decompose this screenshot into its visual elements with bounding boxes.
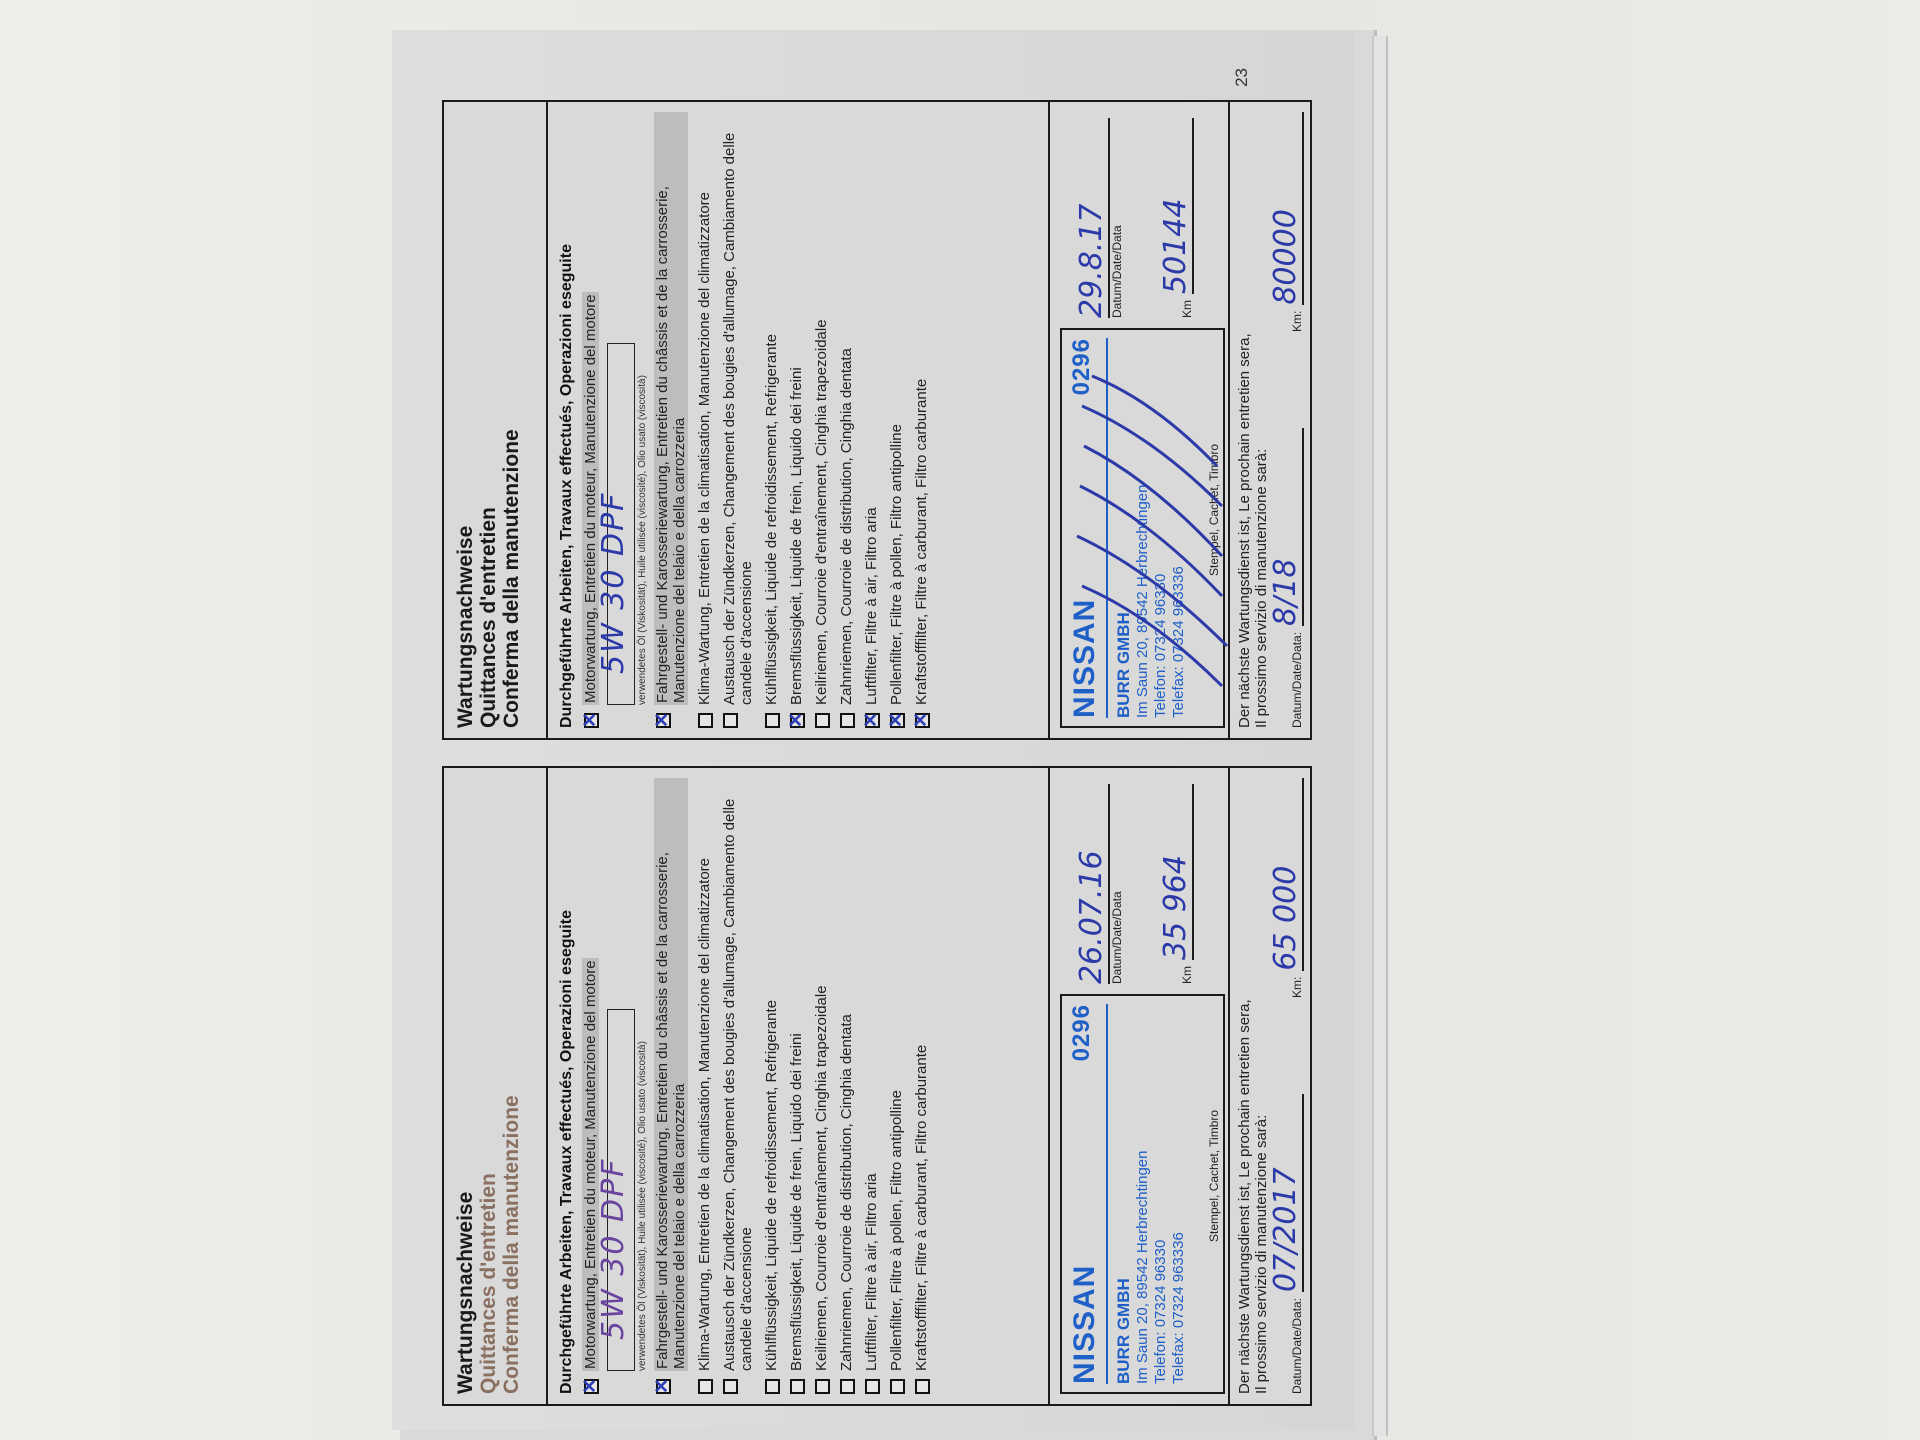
stamp-section: NISSAN0296 BURR GMBH Im Saun 20, 89542 H…	[1048, 768, 1230, 1404]
checkbox-unchecked[interactable]	[698, 713, 713, 728]
operation-label: Luftfilter, Filtre à air, Filtro aria	[863, 507, 880, 705]
checkbox-unchecked[interactable]	[865, 1379, 880, 1394]
next-service-text-2: Il prossimo servizio di manutenzione sar…	[1253, 112, 1270, 728]
card-header: Wartungsnachweise Quittances d'entretien…	[444, 768, 548, 1404]
operation-item: Fahrgestell- und Karosseriewartung, Entr…	[654, 112, 688, 728]
operation-label: Luftfilter, Filtre à air, Filtro aria	[863, 1173, 880, 1371]
operation-item: Klima-Wartung, Entretien de la climatisa…	[696, 778, 713, 1394]
stamp-dealer-no: 0296	[1068, 338, 1102, 395]
operation-item: Keilriemen, Courroie d'entraînement, Cin…	[813, 112, 830, 728]
oil-label: verwendetes Öl (Viskosität), Huile utili…	[637, 778, 648, 1371]
checkbox-unchecked[interactable]	[840, 1379, 855, 1394]
card-header: Wartungsnachweise Quittances d'entretien…	[444, 102, 548, 738]
operation-item: Kühlflüssigkeit, Liquide de refroidissem…	[763, 778, 780, 1394]
operation-label: Kühlflüssigkeit, Liquide de refroidissem…	[763, 334, 780, 705]
stamp-address: Im Saun 20, 89542 Herbrechtingen	[1134, 338, 1152, 718]
service-record-card: Wartungsnachweise Quittances d'entretien…	[442, 766, 1312, 1406]
operation-label: Pollenfilter, Filtre à pollen, Filtro an…	[888, 1090, 905, 1371]
checkbox-checked[interactable]	[656, 713, 671, 728]
stamp-brand: NISSAN	[1068, 1265, 1102, 1384]
title-de: Wartungsnachweise	[454, 112, 477, 728]
checkbox-checked[interactable]	[915, 713, 930, 728]
oil-field: 5W 30 DPFverwendetes Öl (Viskosität), Hu…	[607, 112, 648, 705]
checkbox-unchecked[interactable]	[723, 1379, 738, 1394]
operation-item: Luftfilter, Filtre à air, Filtro aria	[863, 778, 880, 1394]
dealer-stamp: NISSAN0296 BURR GMBH Im Saun 20, 89542 H…	[1060, 328, 1225, 728]
operation-item: Kühlflüssigkeit, Liquide de refroidissem…	[763, 112, 780, 728]
next-service-section: Der nächste Wartungsdienst ist, Le proch…	[1228, 102, 1310, 738]
title-fr: Quittances d'entretien	[477, 778, 500, 1394]
next-km-label: Km:	[1290, 311, 1304, 332]
operation-label: Austausch der Zündkerzen, Changement des…	[721, 778, 755, 1371]
next-service-text-1: Der nächste Wartungsdienst ist, Le proch…	[1236, 112, 1253, 728]
service-date-value: 29.8.17	[1076, 118, 1110, 318]
stamp-phone: Telefon: 07324 96330	[1152, 1004, 1170, 1384]
checkbox-unchecked[interactable]	[765, 713, 780, 728]
stamp-section: NISSAN0296 BURR GMBH Im Saun 20, 89542 H…	[1048, 102, 1230, 738]
operation-item: Kraftstofffilter, Filtre à carburant, Fi…	[913, 112, 930, 728]
service-record-card: Wartungsnachweise Quittances d'entretien…	[442, 100, 1312, 740]
stamp-dealer-no: 0296	[1068, 1004, 1102, 1061]
operation-label: Kraftstofffilter, Filtre à carburant, Fi…	[913, 379, 930, 705]
stamp-address: Im Saun 20, 89542 Herbrechtingen	[1134, 1004, 1152, 1384]
service-date-field: 29.8.17 Datum/Date/Data	[1076, 118, 1124, 318]
operations-section: Durchgeführte Arbeiten, Travaux effectué…	[548, 102, 930, 738]
stamp-caption: Stempel, Cachet, Timbro	[1207, 1110, 1221, 1242]
stamp-company: BURR GMBH	[1114, 338, 1134, 718]
operation-item: Luftfilter, Filtre à air, Filtro aria	[863, 112, 880, 728]
title-de: Wartungsnachweise	[454, 778, 477, 1394]
next-date-value: 8/18	[1270, 428, 1304, 626]
operation-item: Zahnriemen, Courroie de distribution, Ci…	[838, 778, 855, 1394]
title-it: Conferma della manutenzione	[500, 778, 523, 1394]
operation-item: Bremsflüssigkeit, Liquide de frein, Liqu…	[788, 112, 805, 728]
stamp-fax: Telefax: 07324 963336	[1170, 1004, 1188, 1384]
checkbox-checked[interactable]	[656, 1379, 671, 1394]
checkbox-unchecked[interactable]	[815, 713, 830, 728]
service-date-value: 26.07.16	[1076, 784, 1110, 984]
next-km-value: 65 000	[1270, 778, 1304, 971]
operation-label: Bremsflüssigkeit, Liquide de frein, Liqu…	[788, 1033, 805, 1371]
checkbox-checked[interactable]	[890, 713, 905, 728]
operation-label: Klima-Wartung, Entretien de la climatisa…	[696, 858, 713, 1371]
oil-field: 5W 30 DPFverwendetes Öl (Viskosität), Hu…	[607, 778, 648, 1371]
stamp-company: BURR GMBH	[1114, 1004, 1134, 1384]
operation-label: Austausch der Zündkerzen, Changement des…	[721, 112, 755, 705]
checkbox-checked[interactable]	[584, 1379, 599, 1394]
oil-value: 5W 30 DPF	[596, 1158, 631, 1340]
next-km-value: 80000	[1270, 112, 1304, 305]
operation-label: Fahrgestell- und Karosseriewartung, Entr…	[654, 778, 688, 1371]
next-date-label: Datum/Date/Data:	[1290, 1298, 1304, 1394]
service-date-field: 26.07.16 Datum/Date/Data	[1076, 784, 1124, 984]
stamp-phone: Telefon: 07324 96330	[1152, 338, 1170, 718]
operation-label: Keilriemen, Courroie d'entraînement, Cin…	[813, 319, 830, 705]
title-fr: Quittances d'entretien	[477, 112, 500, 728]
checkbox-unchecked[interactable]	[890, 1379, 905, 1394]
checkbox-unchecked[interactable]	[723, 713, 738, 728]
oil-label: verwendetes Öl (Viskosität), Huile utili…	[637, 112, 648, 705]
next-service-section: Der nächste Wartungsdienst ist, Le proch…	[1228, 768, 1310, 1404]
operation-label: Fahrgestell- und Karosseriewartung, Entr…	[654, 112, 688, 705]
operations-list: Motorwartung, Entretien du moteur, Manut…	[582, 778, 930, 1394]
operation-label: Klima-Wartung, Entretien de la climatisa…	[696, 192, 713, 705]
service-date-label: Datum/Date/Data	[1110, 118, 1124, 318]
operations-section: Durchgeführte Arbeiten, Travaux effectué…	[548, 768, 930, 1404]
next-date-field: Datum/Date/Data: 8/18	[1270, 428, 1304, 728]
service-date-label: Datum/Date/Data	[1110, 784, 1124, 984]
stamp-brand: NISSAN	[1068, 599, 1102, 718]
service-km-label: Km	[1180, 300, 1194, 318]
operation-label: Pollenfilter, Filtre à pollen, Filtro an…	[888, 424, 905, 705]
operation-item: Pollenfilter, Filtre à pollen, Filtro an…	[888, 112, 905, 728]
operation-label: Kraftstofffilter, Filtre à carburant, Fi…	[913, 1045, 930, 1371]
service-km-value: 50144	[1160, 118, 1194, 294]
operation-item: Keilriemen, Courroie d'entraînement, Cin…	[813, 778, 830, 1394]
checkbox-unchecked[interactable]	[815, 1379, 830, 1394]
next-date-value: 07/2017	[1270, 1094, 1304, 1292]
title-it: Conferma della manutenzione	[500, 112, 523, 728]
operation-item: Kraftstofffilter, Filtre à carburant, Fi…	[913, 778, 930, 1394]
stamp-caption: Stempel, Cachet, Timbro	[1207, 444, 1221, 576]
checkbox-checked[interactable]	[584, 713, 599, 728]
operations-title: Durchgeführte Arbeiten, Travaux effectué…	[558, 778, 576, 1394]
operation-item: Fahrgestell- und Karosseriewartung, Entr…	[654, 778, 688, 1394]
operation-item: Zahnriemen, Courroie de distribution, Ci…	[838, 112, 855, 728]
service-km-field: Km 35 964	[1160, 784, 1194, 984]
next-service-text-1: Der nächste Wartungsdienst ist, Le proch…	[1236, 778, 1253, 1394]
operation-label: Kühlflüssigkeit, Liquide de refroidissem…	[763, 1000, 780, 1371]
checkbox-unchecked[interactable]	[840, 713, 855, 728]
service-km-field: Km 50144	[1160, 118, 1194, 318]
checkbox-unchecked[interactable]	[915, 1379, 930, 1394]
operations-list: Motorwartung, Entretien du moteur, Manut…	[582, 112, 930, 728]
operation-item: Pollenfilter, Filtre à pollen, Filtro an…	[888, 778, 905, 1394]
next-km-label: Km:	[1290, 977, 1304, 998]
checkbox-checked[interactable]	[865, 713, 880, 728]
next-km-field: Km: 80000	[1270, 112, 1304, 332]
service-km-value: 35 964	[1160, 784, 1194, 960]
checkbox-unchecked[interactable]	[765, 1379, 780, 1394]
operation-label: Zahnriemen, Courroie de distribution, Ci…	[838, 1014, 855, 1371]
page-number: 23	[1232, 68, 1252, 87]
checkbox-checked[interactable]	[790, 713, 805, 728]
operation-label: Keilriemen, Courroie d'entraînement, Cin…	[813, 985, 830, 1371]
oil-value: 5W 30 DPF	[596, 492, 631, 674]
dealer-stamp: NISSAN0296 BURR GMBH Im Saun 20, 89542 H…	[1060, 994, 1225, 1394]
operation-item: Klima-Wartung, Entretien de la climatisa…	[696, 112, 713, 728]
next-km-field: Km: 65 000	[1270, 778, 1304, 998]
operation-item: Bremsflüssigkeit, Liquide de frein, Liqu…	[788, 778, 805, 1394]
operation-label: Bremsflüssigkeit, Liquide de frein, Liqu…	[788, 367, 805, 705]
next-date-field: Datum/Date/Data: 07/2017	[1270, 1094, 1304, 1394]
operations-title: Durchgeführte Arbeiten, Travaux effectué…	[558, 112, 576, 728]
stamp-fax: Telefax: 07324 963336	[1170, 338, 1188, 718]
checkbox-unchecked[interactable]	[790, 1379, 805, 1394]
service-km-label: Km	[1180, 966, 1194, 984]
operation-item: Austausch der Zündkerzen, Changement des…	[721, 778, 755, 1394]
next-date-label: Datum/Date/Data:	[1290, 632, 1304, 728]
checkbox-unchecked[interactable]	[698, 1379, 713, 1394]
service-record-page: 23 Wartungsnachweise Quittances d'entret…	[392, 30, 1354, 1430]
operation-label: Zahnriemen, Courroie de distribution, Ci…	[838, 348, 855, 705]
booklet-page: 23 Wartungsnachweise Quittances d'entret…	[392, 30, 1354, 1430]
operation-item: Austausch der Zündkerzen, Changement des…	[721, 112, 755, 728]
